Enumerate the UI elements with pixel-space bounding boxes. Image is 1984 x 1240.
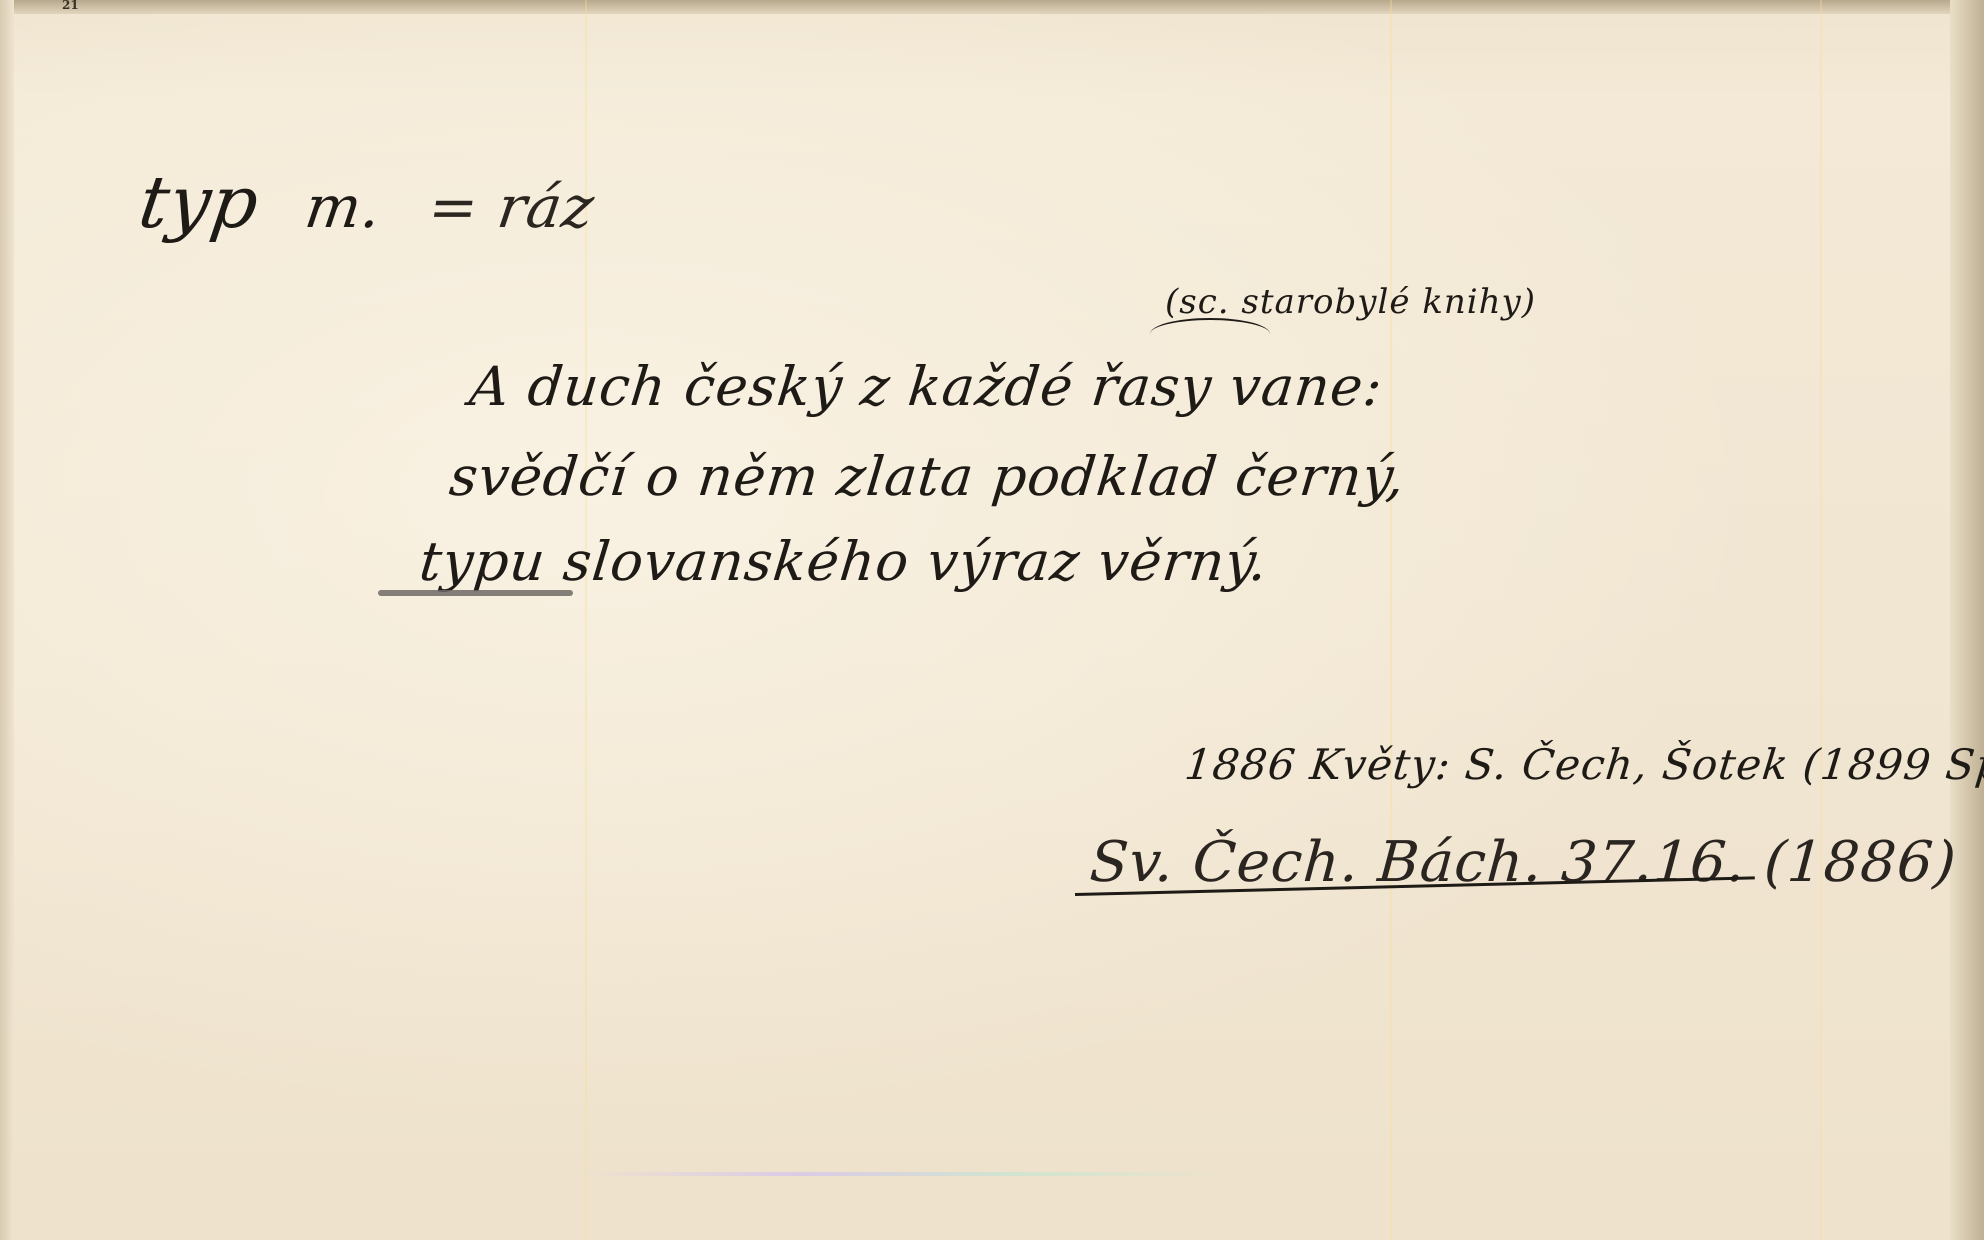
card-right-edge	[1950, 0, 1984, 1240]
scan-artifact	[580, 1172, 1230, 1176]
pencil-underline	[378, 590, 573, 596]
insertion-brace	[1150, 318, 1270, 350]
quotation-line-3: typu slovanského výraz věrný.	[417, 530, 1271, 593]
headword: typ	[134, 160, 265, 244]
headword-line: typ m. = ráz	[134, 160, 601, 244]
quotation-line-1: A duch český z každé řasy vane:	[467, 355, 1386, 418]
card-left-edge	[0, 0, 14, 1240]
index-card: 21 typ m. = ráz (sc. starobylé knihy) A …	[0, 0, 1984, 1240]
equivalent: = ráz	[424, 173, 598, 241]
grammar-label: m.	[301, 173, 386, 241]
card-top-edge	[0, 0, 1984, 14]
struck-source-citation: Sv. Čech. Bách. 37.16. (1886)	[1088, 830, 1959, 895]
quotation-line-2: svědčí o něm zlata podklad černý,	[447, 445, 1409, 508]
paper-fold-line	[1390, 0, 1392, 1240]
source-citation: 1886 Květy: S. Čech, Šotek (1899 Sp. 4. …	[1182, 740, 1984, 789]
paper-fold-line	[1820, 0, 1822, 1240]
corner-mark: 21	[62, 0, 79, 12]
gloss-note: (sc. starobylé knihy)	[1165, 282, 1536, 322]
